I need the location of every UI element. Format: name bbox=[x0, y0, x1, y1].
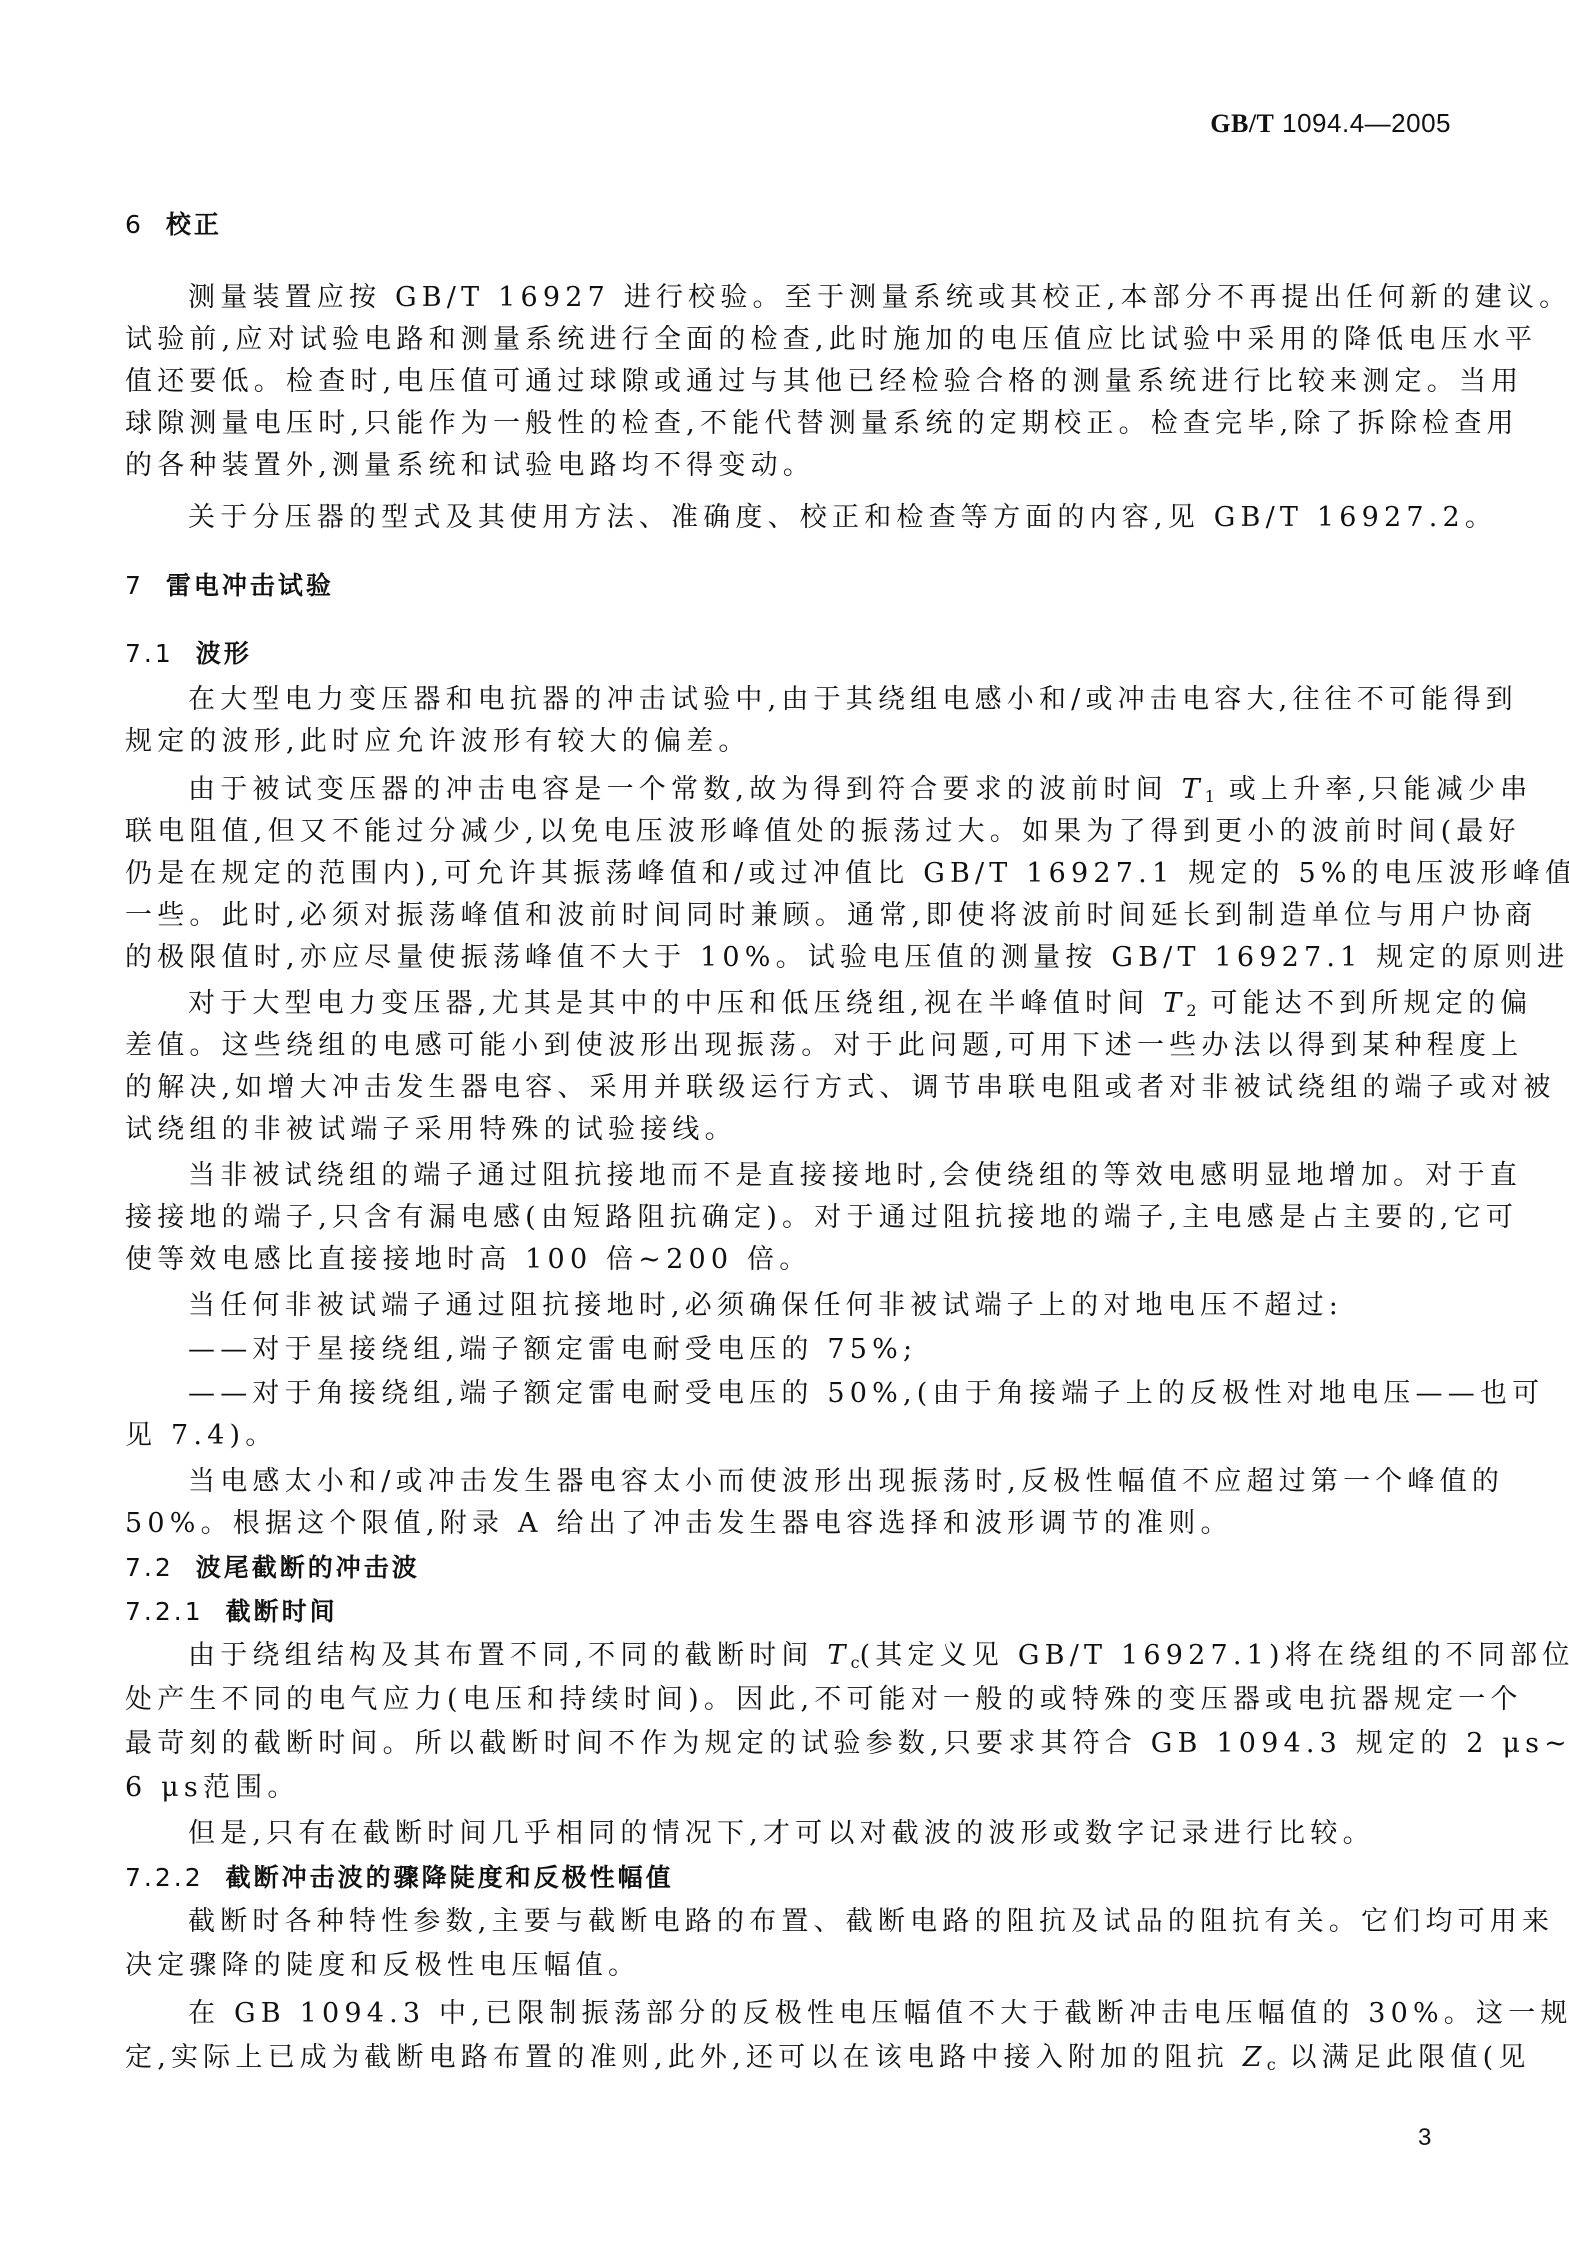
variable-subscript: 1 bbox=[1205, 787, 1215, 806]
paragraph-line: 的解决,如增大冲击发生器电容、采用并联级运行方式、调节串联电阻或者对非被试绕组的… bbox=[125, 1068, 1450, 1108]
paragraph-line: 在大型电力变压器和电抗器的冲击试验中,由于其绕组电感小和/或冲击电容大,往往不可… bbox=[188, 680, 1450, 720]
text-run: 或上升率,只能减少串 bbox=[1215, 774, 1532, 805]
section-title: 雷电冲击试验 bbox=[166, 571, 334, 600]
text-run: 由于被试变压器的冲击电容是一个常数,故为得到符合要求的波前时间 bbox=[188, 774, 1182, 805]
paragraph-line: 使等效电感比直接接地时高 100 倍~200 倍。 bbox=[125, 1240, 1450, 1280]
text-run: 可能达不到所规定的偏 bbox=[1197, 988, 1533, 1019]
section-title: 波形 bbox=[196, 639, 252, 668]
standard-header: GB/T 1094.4—2005 bbox=[1210, 108, 1451, 139]
variable-symbol: Z bbox=[1243, 2042, 1267, 2073]
section-heading-7: 7雷电冲击试验 bbox=[125, 566, 1450, 606]
variable-symbol: T bbox=[1182, 774, 1205, 805]
paragraph-line: 值还要低。检查时,电压值可通过球隙或通过与其他已经检验合格的测量系统进行比较来测… bbox=[125, 362, 1450, 402]
text-run: 以满足此限值(见 bbox=[1276, 2042, 1531, 2073]
section-heading-7-1: 7.1波形 bbox=[125, 634, 1450, 674]
paragraph-line: 测量装置应按 GB/T 16927 进行校验。至于测量系统或其校正,本部分不再提… bbox=[188, 278, 1450, 318]
paragraph-line: 一些。此时,必须对振荡峰值和波前时间同时兼顾。通常,即使将波前时间延长到制造单位… bbox=[125, 896, 1450, 936]
paragraph-line: 由于绕组结构及其布置不同,不同的截断时间 Tc(其定义见 GB/T 16927.… bbox=[188, 1636, 1450, 1683]
paragraph-line: 接接地的端子,只含有漏电感(由短路阻抗确定)。对于通过阻抗接地的端子,主电感是占… bbox=[125, 1198, 1450, 1238]
paragraph-line: 最苛刻的截断时间。所以截断时间不作为规定的试验参数,只要求其符合 GB 1094… bbox=[125, 1724, 1450, 1764]
paragraph-line: 当任何非被试端子通过阻抗接地时,必须确保任何非被试端子上的对地电压不超过: bbox=[188, 1286, 1450, 1326]
paragraph-line: 差值。这些绕组的电感可能小到使波形出现振荡。对于此问题,可用下述一些办法以得到某… bbox=[125, 1026, 1450, 1066]
section-title: 截断冲击波的骤降陡度和反极性幅值 bbox=[226, 1863, 674, 1892]
paragraph-line: 的各种装置外,测量系统和试验电路均不得变动。 bbox=[125, 446, 1450, 486]
text-run: 定,实际上已成为截断电路布置的准则,此外,还可以在该电路中接入附加的阻抗 bbox=[125, 2042, 1243, 2073]
document-page: GB/T 1094.4—2005 6校正 测量装置应按 GB/T 16927 进… bbox=[0, 0, 1569, 2244]
section-number: 7.2.2 bbox=[125, 1858, 204, 1898]
section-number: 7.2 bbox=[125, 1548, 174, 1588]
paragraph-line: 仍是在规定的范围内),可允许其振荡峰值和/或过冲值比 GB/T 16927.1 … bbox=[125, 854, 1450, 894]
variable-subscript: c bbox=[1267, 2055, 1276, 2074]
paragraph-line: 截断时各种特性参数,主要与截断电路的布置、截断电路的阻抗及试品的阻抗有关。它们均… bbox=[188, 1902, 1450, 1942]
paragraph-line: 定,实际上已成为截断电路布置的准则,此外,还可以在该电路中接入附加的阻抗 Zc … bbox=[125, 2038, 1450, 2085]
paragraph-line: 决定骤降的陡度和反极性电压幅值。 bbox=[125, 1946, 1450, 1986]
paragraph-line: 但是,只有在截断时间几乎相同的情况下,才可以对截波的波形或数字记录进行比较。 bbox=[188, 1814, 1450, 1854]
section-heading-6: 6校正 bbox=[125, 205, 1450, 245]
paragraph-line: 当非被试绕组的端子通过阻抗接地而不是直接接地时,会使绕组的等效电感明显地增加。对… bbox=[188, 1156, 1450, 1196]
text-run: (其定义见 GB/T 16927.1)将在绕组的不同部位 bbox=[860, 1640, 1569, 1671]
section-number: 6 bbox=[125, 205, 144, 245]
paragraph-line: 试验前,应对试验电路和测量系统进行全面的检查,此时施加的电压值应比试验中采用的降… bbox=[125, 320, 1450, 360]
section-number: 7 bbox=[125, 566, 144, 606]
standard-number: 1094.4—2005 bbox=[1282, 108, 1451, 138]
paragraph-line: 对于大型电力变压器,尤其是其中的中压和低压绕组,视在半峰值时间 T2 可能达不到… bbox=[188, 984, 1450, 1031]
paragraph-line: 关于分压器的型式及其使用方法、准确度、校正和检查等方面的内容,见 GB/T 16… bbox=[188, 498, 1450, 538]
list-item: ——对于星接绕组,端子额定雷电耐受电压的 75%; bbox=[188, 1330, 1450, 1370]
paragraph-line: 联电阻值,但又不能过分减少,以免电压波形峰值处的振荡过大。如果为了得到更小的波前… bbox=[125, 812, 1450, 852]
variable-subscript: 2 bbox=[1186, 1001, 1196, 1020]
text-run: 由于绕组结构及其布置不同,不同的截断时间 bbox=[188, 1640, 827, 1671]
paragraph-line: 50%。根据这个限值,附录 A 给出了冲击发生器电容选择和波形调节的准则。 bbox=[125, 1504, 1450, 1544]
page-number: 3 bbox=[1418, 2124, 1431, 2152]
paragraph-line: 见 7.4)。 bbox=[125, 1416, 1450, 1456]
variable-symbol: T bbox=[1163, 988, 1186, 1019]
section-title: 校正 bbox=[166, 210, 222, 239]
variable-symbol: T bbox=[827, 1640, 850, 1671]
section-heading-7-2: 7.2波尾截断的冲击波 bbox=[125, 1548, 1450, 1588]
section-heading-7-2-2: 7.2.2截断冲击波的骤降陡度和反极性幅值 bbox=[125, 1858, 1450, 1898]
paragraph-line: 6 μs范围。 bbox=[125, 1768, 1450, 1808]
variable-subscript: c bbox=[851, 1653, 860, 1672]
paragraph-line: 规定的波形,此时应允许波形有较大的偏差。 bbox=[125, 722, 1450, 762]
section-number: 7.2.1 bbox=[125, 1592, 204, 1632]
text-run: 对于大型电力变压器,尤其是其中的中压和低压绕组,视在半峰值时间 bbox=[188, 988, 1163, 1019]
paragraph-line: 当电感太小和/或冲击发生器电容太小而使波形出现振荡时,反极性幅值不应超过第一个峰… bbox=[188, 1462, 1450, 1502]
paragraph-line: 的极限值时,亦应尽量使振荡峰值不大于 10%。试验电压值的测量按 GB/T 16… bbox=[125, 938, 1450, 978]
paragraph-line: 球隙测量电压时,只能作为一般性的检查,不能代替测量系统的定期校正。检查完毕,除了… bbox=[125, 404, 1450, 444]
paragraph-line: 试绕组的非被试端子采用特殊的试验接线。 bbox=[125, 1110, 1450, 1150]
section-heading-7-2-1: 7.2.1截断时间 bbox=[125, 1592, 1450, 1632]
section-number: 7.1 bbox=[125, 634, 174, 674]
paragraph-line: 处产生不同的电气应力(电压和持续时间)。因此,不可能对一般的或特殊的变压器或电抗… bbox=[125, 1680, 1450, 1720]
list-item: ——对于角接绕组,端子额定雷电耐受电压的 50%,(由于角接端子上的反极性对地电… bbox=[188, 1374, 1450, 1414]
section-title: 截断时间 bbox=[226, 1597, 338, 1626]
standard-prefix: GB/T bbox=[1210, 109, 1274, 138]
section-title: 波尾截断的冲击波 bbox=[196, 1553, 420, 1582]
paragraph-line: 由于被试变压器的冲击电容是一个常数,故为得到符合要求的波前时间 T1 或上升率,… bbox=[188, 770, 1450, 817]
paragraph-line: 在 GB 1094.3 中,已限制振荡部分的反极性电压幅值不大于截断冲击电压幅值… bbox=[188, 1994, 1450, 2034]
